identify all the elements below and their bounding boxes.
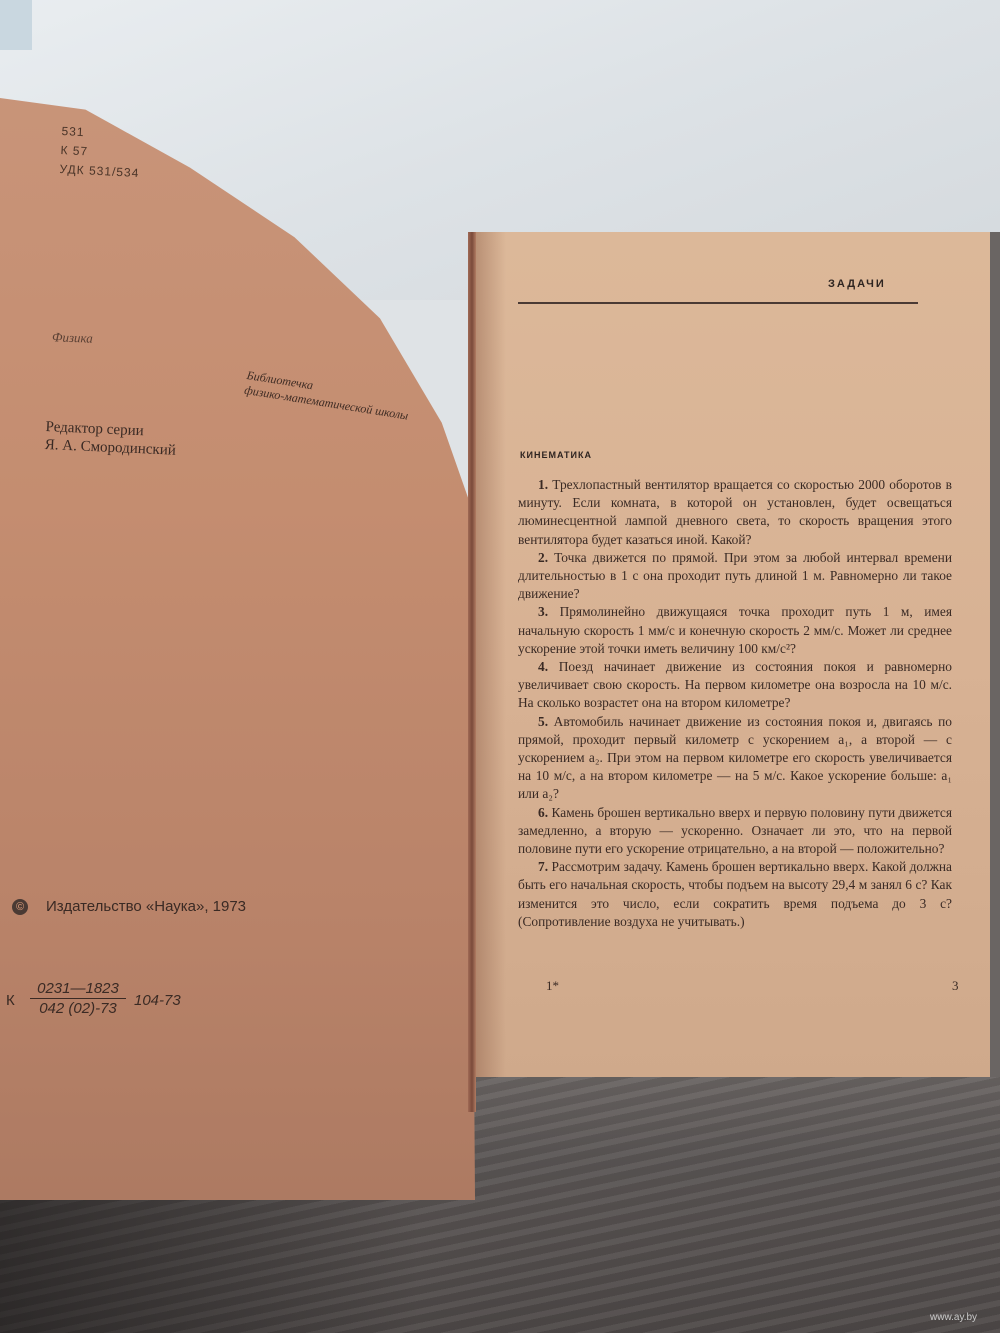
problem-list: 1. Трехлопастный вентилятор вращается со… <box>518 476 952 931</box>
subject-label: Физика <box>52 329 93 346</box>
catalog-codes: 531 К 57 УДК 531/534 <box>59 122 142 183</box>
bbk-denominator: 042 (02)-73 <box>30 999 126 1017</box>
chapter-title: ЗАДАЧИ <box>828 278 886 290</box>
problem-item: 4. Поезд начинает движение из состояния … <box>518 658 952 713</box>
problem-number: 3. <box>538 604 548 619</box>
section-title: КИНЕМАТИКА <box>520 450 592 460</box>
problem-item: 6. Камень брошен вертикально вверх и пер… <box>518 804 952 859</box>
copyright-text: Издательство «Наука», 1973 <box>46 898 246 915</box>
problem-text: Камень брошен вертикально вверх и первую… <box>518 805 952 856</box>
problem-number: 6. <box>538 805 548 820</box>
copyright-line: ©Издательство «Наука», 1973 <box>12 898 246 915</box>
problem-item: 3. Прямолинейно движущаяся точка проходи… <box>518 603 952 658</box>
bbk-suffix: 104-73 <box>134 992 181 1009</box>
problem-text: Рассмотрим задачу. Камень брошен вертика… <box>518 859 952 929</box>
problem-text: Трехлопастный вентилятор вращается со ск… <box>518 477 952 547</box>
problem-number: 5. <box>538 714 548 729</box>
problem-number: 1. <box>538 477 548 492</box>
chapter-rule <box>518 302 918 304</box>
bbk-fraction: 0231—1823 042 (02)-73 <box>30 980 126 1017</box>
signature-mark: 1* <box>546 978 559 994</box>
problem-item: 2. Точка движется по прямой. При этом за… <box>518 549 952 604</box>
right-page-shade <box>476 232 506 1077</box>
bbk-numerator: 0231—1823 <box>30 980 126 999</box>
book-gutter <box>468 232 476 1112</box>
problem-item: 7. Рассмотрим задачу. Камень брошен верт… <box>518 858 952 931</box>
problem-number: 7. <box>538 859 548 874</box>
problem-number: 4. <box>538 659 548 674</box>
copyright-icon: © <box>12 899 28 915</box>
problem-text: Точка движется по прямой. При этом за лю… <box>518 550 952 601</box>
watermark: www.ay.by <box>930 1312 977 1323</box>
problem-text: Прямолинейно движущаяся точка проходит п… <box>518 604 952 655</box>
problem-item: 1. Трехлопастный вентилятор вращается со… <box>518 476 952 549</box>
problem-number: 2. <box>538 550 548 565</box>
problem-text: Автомобиль начинает движение из состояни… <box>518 714 952 802</box>
problem-text: Поезд начинает движение из состояния пок… <box>518 659 952 710</box>
page-number: 3 <box>952 978 959 994</box>
bbk-letter: К <box>6 992 15 1009</box>
background-corner <box>0 0 32 50</box>
problem-item: 5. Автомобиль начинает движение из состо… <box>518 713 952 804</box>
right-edge <box>990 232 1000 1077</box>
series-editor: Редактор серии Я. А. Смородинский <box>44 418 177 460</box>
